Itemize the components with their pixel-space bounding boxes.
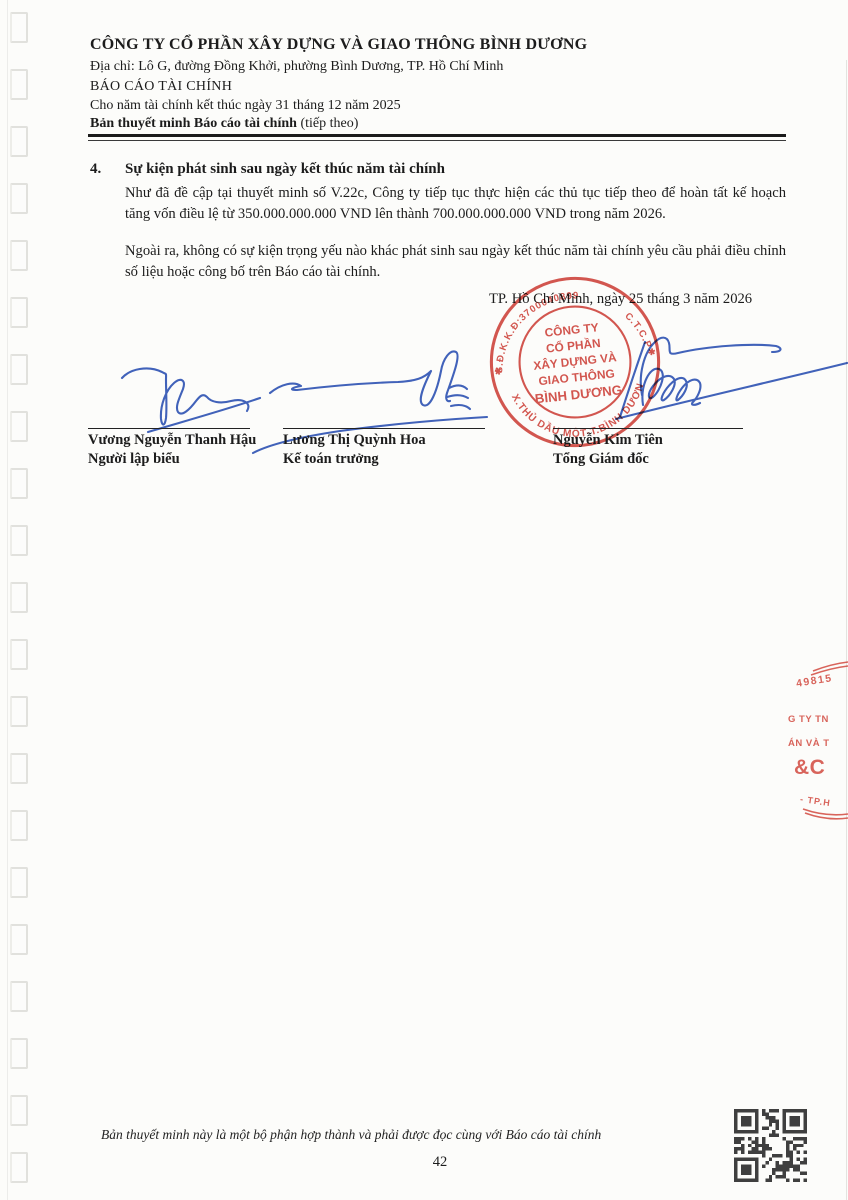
notes-title-suffix: (tiếp theo) [297,116,358,131]
binding-hole [10,1152,28,1183]
binding-hole [10,867,28,898]
report-title: BÁO CÁO TÀI CHÍNH [90,79,232,95]
signer-name: Nguyễn Kim Tiên [553,432,743,449]
edge-stamp-fragment-brand: &C [794,756,825,780]
binding-hole [10,924,28,955]
binding-hole [10,810,28,841]
binding-hole [10,12,28,43]
company-name: CÔNG TY CỔ PHẦN XÂY DỰNG VÀ GIAO THÔNG B… [90,36,587,54]
section-paragraph-2: Ngoài ra, không có sự kiện trọng yếu nào… [125,241,786,282]
company-address: Địa chỉ: Lô G, đường Đồng Khởi, phường B… [90,59,503,75]
auditor-edge-stamp: 49815 G TY TN ÁN VÀ T &C - TP.H [791,658,848,826]
signer-name: Lương Thị Quỳnh Hoa [283,432,485,449]
page-left-edge-shadow [7,0,8,1200]
signer-title: Người lập biểu [88,451,250,468]
edge-stamp-fragment-line2: G TY TN [788,714,829,725]
signer-title: Kế toán trưởng [283,451,485,468]
signer-title: Tổng Giám đốc [553,451,743,468]
binding-hole [10,981,28,1012]
handwritten-signatures [0,0,848,1200]
signature-line [553,428,743,429]
section-number: 4. [90,161,101,178]
binding-hole [10,696,28,727]
binding-hole [10,69,28,100]
signer-name: Vương Nguyễn Thanh Hậu [88,432,250,449]
qr-code [734,1109,807,1182]
binding-hole [10,411,28,442]
signer-column-preparer: Vương Nguyễn Thanh Hậu Người lập biểu [88,428,250,468]
signature-line [88,428,250,429]
signature-line [283,428,485,429]
signature-2-zigzag [447,385,470,409]
section-paragraph-1: Như đã đề cập tại thuyết minh số V.22c, … [125,183,786,224]
binding-hole [10,468,28,499]
notes-title-bold: Bản thuyết minh Báo cáo tài chính [90,116,297,131]
notes-title: Bản thuyết minh Báo cáo tài chính (tiếp … [90,116,358,132]
binding-hole [10,525,28,556]
binding-hole [10,354,28,385]
page-number: 42 [410,1154,470,1171]
signature-2-stroke [270,351,458,405]
signer-column-general-director: Nguyễn Kim Tiên Tổng Giám đốc [553,428,743,468]
binding-hole [10,753,28,784]
fiscal-period: Cho năm tài chính kết thúc ngày 31 tháng… [90,98,401,114]
binding-hole [10,582,28,613]
page-right-edge-shadow [846,60,847,1200]
binding-hole [10,1038,28,1069]
binding-hole [10,1095,28,1126]
scanned-financial-statement-page: { "header": { "company_name": "CÔNG TY C… [0,0,848,1200]
footer-note: Bản thuyết minh này là một bộ phận hợp t… [101,1127,601,1143]
binding-hole [10,183,28,214]
binding-hole [10,240,28,271]
seal-star-right-icon: ✱ [647,346,656,357]
binding-hole [10,126,28,157]
svg-text:C.T.C.P: C.T.C.P [622,309,654,352]
seal-ring-top-right-text: C.T.C.P [622,309,654,352]
binding-hole [10,639,28,670]
edge-stamp-fragment-line3: ÁN VÀ T [788,738,830,749]
header-divider-rule [88,134,786,141]
binding-hole [10,297,28,328]
signer-column-chief-accountant: Lương Thị Quỳnh Hoa Kế toán trưởng [283,428,485,468]
signature-1-stroke [122,368,248,424]
section-heading: Sự kiện phát sinh sau ngày kết thúc năm … [125,161,445,178]
signature-1-underline [148,398,260,432]
